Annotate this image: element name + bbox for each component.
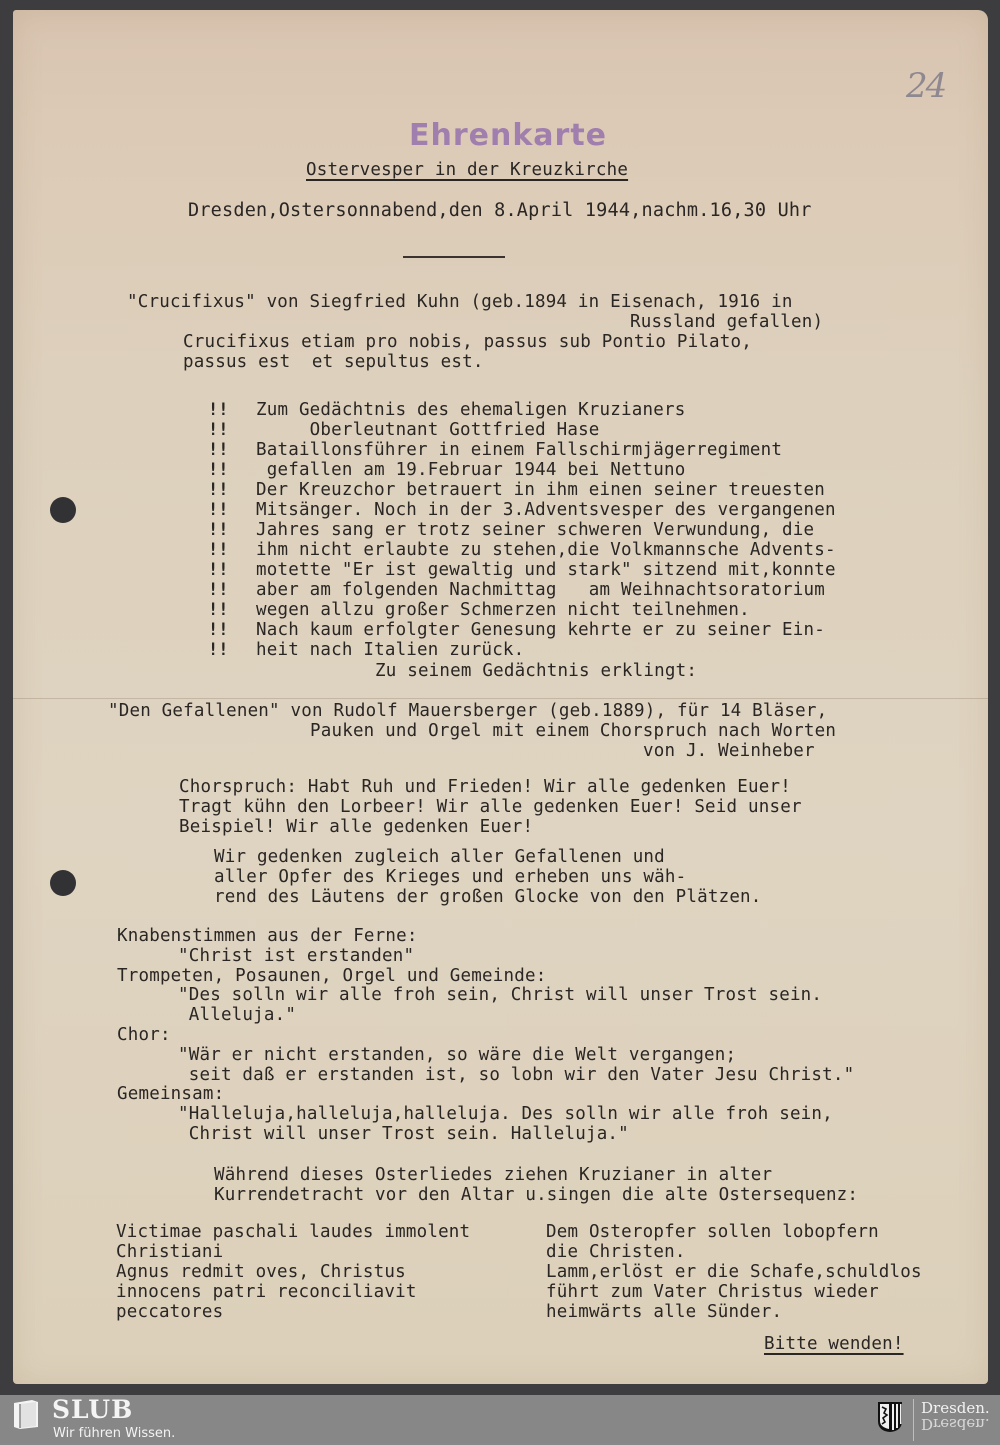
song-lyric-line: Christ will unser Trost sein. Halleluja.… [178, 1124, 629, 1144]
german-line: Dem Osteropfer sollen lobopfern [546, 1222, 879, 1242]
memorial-line: motette "Er ist gewaltig und stark" sitz… [256, 560, 836, 580]
separator-rule [403, 256, 505, 258]
song-performer-label: Chor: [117, 1025, 171, 1045]
margin-tick-mark: !! [208, 640, 228, 660]
memorial-line: Jahres sang er trotz seiner schweren Ver… [256, 520, 814, 540]
margin-tick-mark: !! [208, 540, 228, 560]
memorial-line: heit nach Italien zurück. [256, 640, 524, 660]
gedenken-line: Wir gedenken zugleich aller Gefallenen u… [214, 847, 665, 867]
memorial-closing: Zu seinem Gedächtnis erklingt: [375, 661, 697, 681]
song-lyric-line: Alleluja." [178, 1005, 296, 1025]
german-line: führt zum Vater Christus wieder [546, 1282, 879, 1302]
punch-hole-bottom [50, 870, 76, 896]
page-number: 24 [906, 66, 945, 106]
memorial-line: Der Kreuzchor betrauert in ihm einen sei… [256, 480, 825, 500]
gefallenen-heading-cont: von J. Weinheber [643, 741, 815, 761]
sequenz-intro: Kurrendetracht vor den Altar u.singen di… [214, 1185, 858, 1205]
slub-tagline: Wir führen Wissen. [53, 1426, 175, 1441]
latin-line: Agnus redmit oves, Christus [116, 1262, 406, 1282]
margin-tick-mark: !! [208, 420, 228, 440]
memorial-line: wegen allzu großer Schmerzen nicht teiln… [256, 600, 750, 620]
song-lyric-line: "Christ ist erstanden" [178, 946, 414, 966]
song-lyric-line: "Halleluja,halleluja,halleluja. Des soll… [178, 1104, 833, 1124]
slub-logo-text[interactable]: SLUB [52, 1395, 133, 1424]
margin-tick-mark: !! [208, 460, 228, 480]
document-title: Ostervesper in der Kreuzkirche [306, 160, 628, 180]
crucifixus-text: Crucifixus etiam pro nobis, passus sub P… [183, 332, 752, 352]
latin-line: peccatores [116, 1302, 223, 1322]
memorial-line: Mitsänger. Noch in der 3.Adventsvesper d… [256, 500, 836, 520]
memorial-line: Zum Gedächtnis des ehemaligen Kruzianers [256, 400, 685, 420]
paper-fold [13, 698, 988, 699]
gedenken-line: aller Opfer des Krieges und erheben uns … [214, 867, 686, 887]
dresden-logo-mirror: Dresden. [921, 1415, 990, 1433]
song-lyric-line: seit daß er erstanden ist, so lobn wir d… [178, 1065, 854, 1085]
margin-tick-mark: !! [208, 480, 228, 500]
slub-footer-bar: SLUB Wir führen Wissen. Dresden. Dresden… [0, 1395, 1000, 1445]
crucifixus-heading: "Crucifixus" von Siegfried Kuhn (geb.189… [127, 292, 793, 312]
sequenz-intro: Während dieses Osterliedes ziehen Kruzia… [214, 1165, 772, 1185]
memorial-line: Oberleutnant Gottfried Hase [256, 420, 600, 440]
dresden-coat-of-arms-icon [877, 1401, 903, 1433]
memorial-line: Nach kaum erfolgter Genesung kehrte er z… [256, 620, 825, 640]
german-line: Lamm,erlöst er die Schafe,schuldlos [546, 1262, 922, 1282]
latin-line: Victimae paschali laudes immolent [116, 1222, 470, 1242]
document-page: 24 Ehrenkarte Ostervesper in der Kreuzki… [13, 10, 988, 1384]
date-line: Dresden,Ostersonnabend,den 8.April 1944,… [188, 201, 812, 221]
song-lyric-line: "Des solln wir alle froh sein, Christ wi… [178, 985, 822, 1005]
ehrenkarte-stamp: Ehrenkarte [409, 118, 607, 153]
bitte-wenden-note: Bitte wenden! [764, 1334, 904, 1354]
margin-tick-mark: !! [208, 520, 228, 540]
crucifixus-text: passus est et sepultus est. [183, 352, 484, 372]
song-performer-label: Gemeinsam: [117, 1084, 224, 1104]
margin-tick-mark: !! [208, 400, 228, 420]
gedenken-line: rend des Läutens der großen Glocke von d… [214, 887, 762, 907]
memorial-line: ihm nicht erlaubte zu stehen,die Volkman… [256, 540, 836, 560]
footer-divider [913, 1399, 914, 1441]
punch-hole-top [50, 497, 76, 523]
song-performer-label: Trompeten, Posaunen, Orgel und Gemeinde: [117, 966, 546, 986]
chorspruch-line: Chorspruch: Habt Ruh und Frieden! Wir al… [179, 777, 791, 797]
memorial-line: gefallen am 19.Februar 1944 bei Nettuno [256, 460, 685, 480]
gefallenen-heading-cont: Pauken und Orgel mit einem Chorspruch na… [310, 721, 836, 741]
chorspruch-line: Beispiel! Wir alle gedenken Euer! [179, 817, 533, 837]
margin-tick-mark: !! [208, 440, 228, 460]
margin-tick-mark: !! [208, 580, 228, 600]
book-icon [12, 1399, 40, 1429]
margin-tick-mark: !! [208, 620, 228, 640]
memorial-line: aber am folgenden Nachmittag am Weihnach… [256, 580, 825, 600]
memorial-line: Bataillonsführer in einem Fallschirmjäge… [256, 440, 782, 460]
margin-tick-mark: !! [208, 500, 228, 520]
german-line: die Christen. [546, 1242, 686, 1262]
latin-line: innocens patri reconciliavit [116, 1282, 417, 1302]
margin-tick-mark: !! [208, 600, 228, 620]
latin-line: Christiani [116, 1242, 223, 1262]
margin-tick-mark: !! [208, 560, 228, 580]
chorspruch-line: Tragt kühn den Lorbeer! Wir alle gedenke… [179, 797, 802, 817]
gefallenen-heading: "Den Gefallenen" von Rudolf Mauersberger… [108, 701, 827, 721]
song-lyric-line: "Wär er nicht erstanden, so wäre die Wel… [178, 1045, 736, 1065]
german-line: heimwärts alle Sünder. [546, 1302, 782, 1322]
song-performer-label: Knabenstimmen aus der Ferne: [117, 926, 418, 946]
crucifixus-heading-cont: Russland gefallen) [630, 312, 823, 332]
